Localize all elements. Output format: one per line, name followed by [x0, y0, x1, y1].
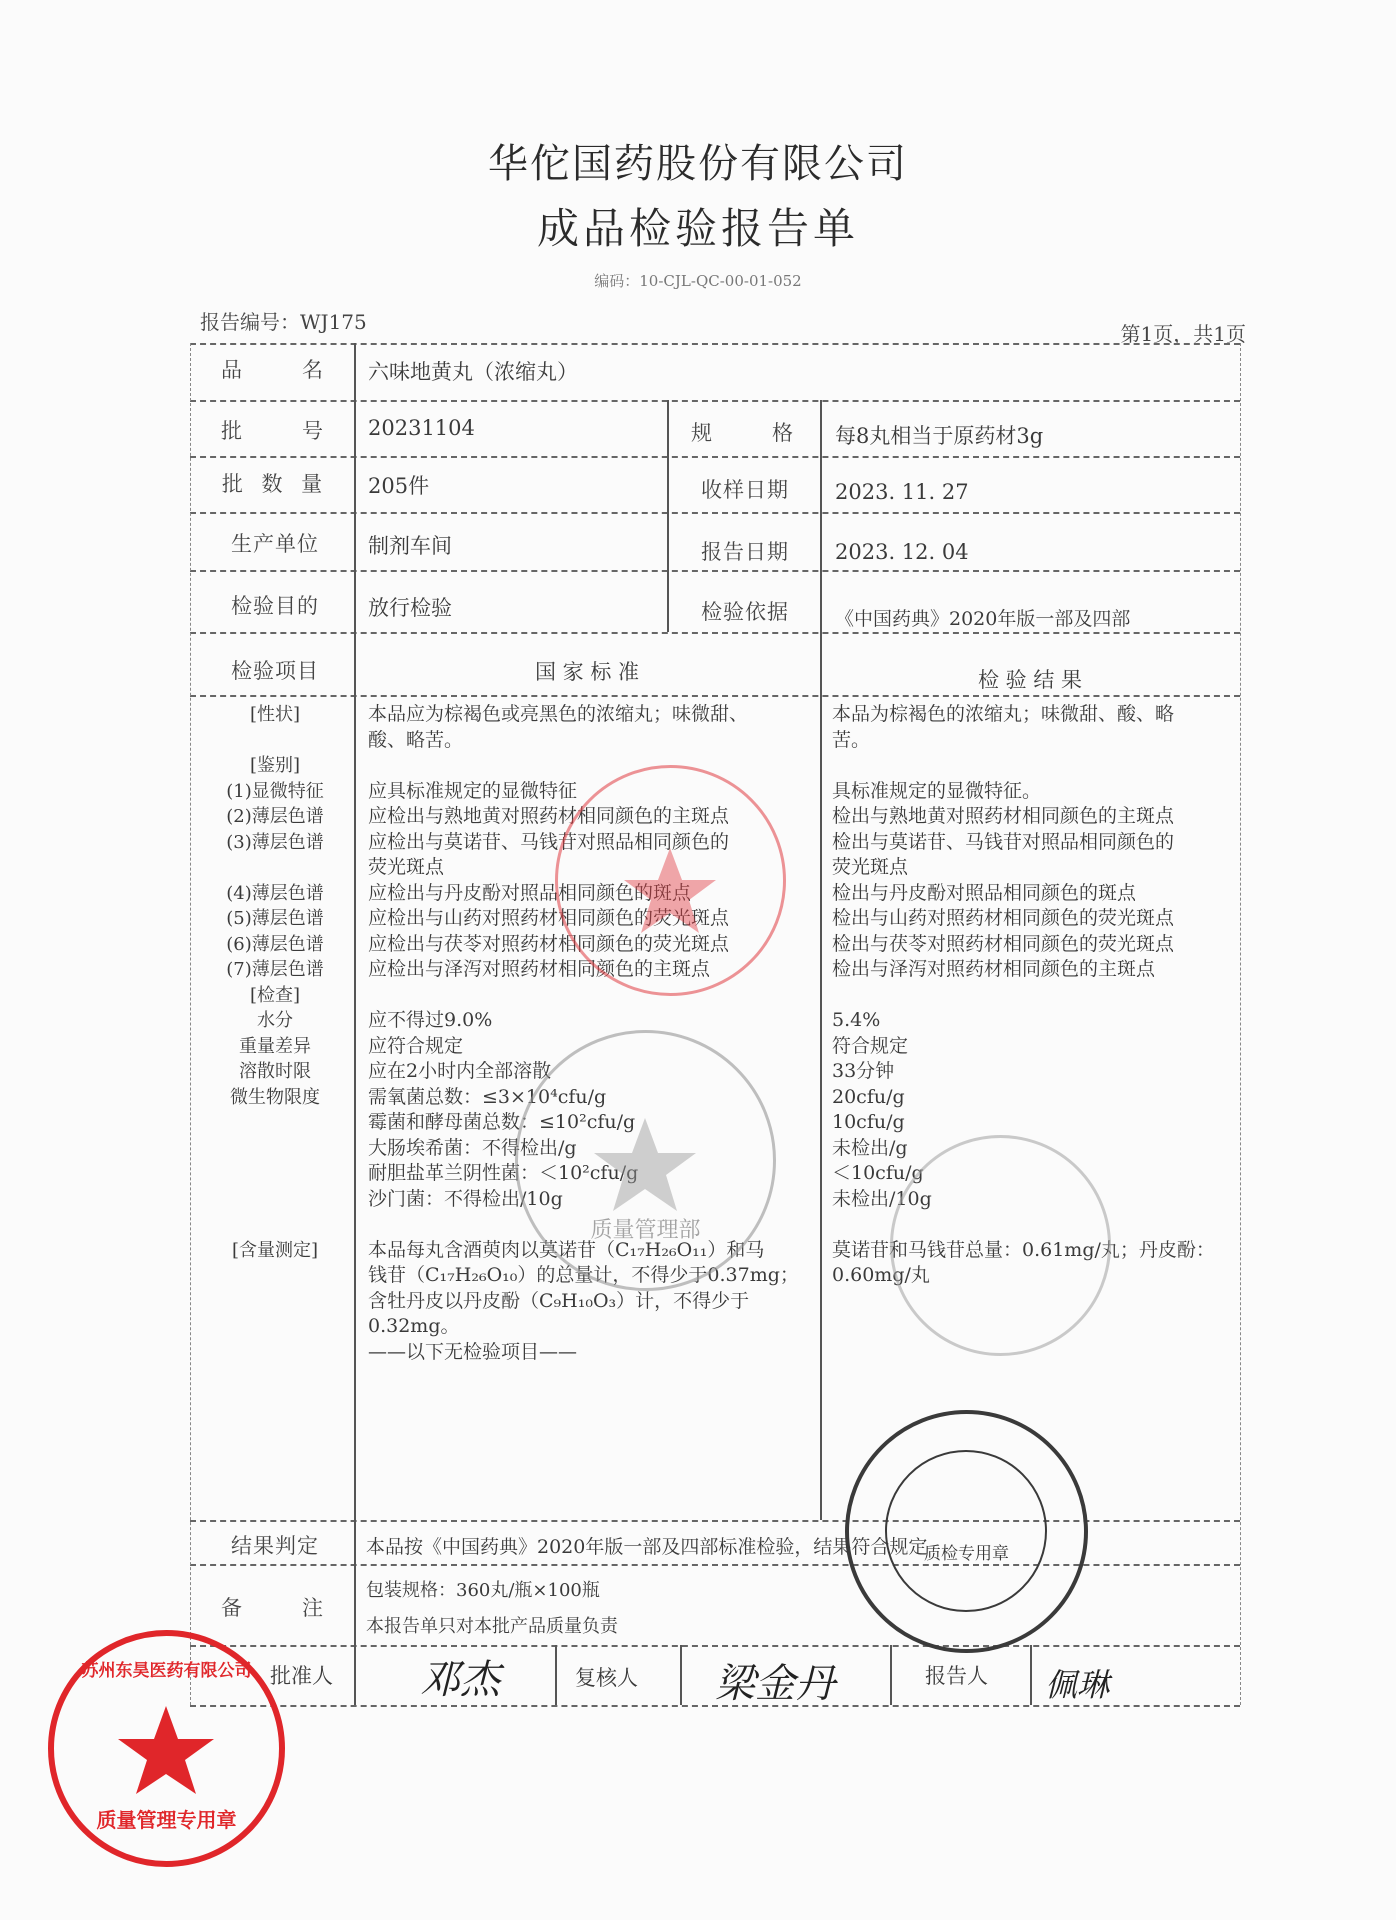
row-divider — [190, 1645, 1240, 1647]
result-line: 检出与山药对照药材相同颜色的荧光斑点 — [832, 906, 1215, 932]
document-code: 编码：10-CJL-QC-00-01-052 — [0, 270, 1396, 291]
header-item: 检验项目 — [210, 655, 340, 685]
col-divider — [820, 400, 822, 1520]
row-divider — [190, 400, 1240, 402]
result-line — [832, 983, 1215, 1009]
test-item: (4)薄层色谱 — [200, 881, 350, 907]
conclusion-label: 结果判定 — [210, 1530, 340, 1560]
col-divider — [1030, 1645, 1032, 1705]
result-line: 33分钟 — [832, 1059, 1215, 1085]
remarks-label: 备 注 — [210, 1592, 340, 1622]
test-item — [200, 1110, 350, 1136]
company-seal-gray-english — [890, 1135, 1111, 1356]
test-item — [200, 1136, 350, 1162]
test-item — [200, 1161, 350, 1187]
result-line: 检出与莫诺苷、马钱苷对照品相同颜色的 — [832, 830, 1215, 856]
report-date-value: 2023. 12. 04 — [835, 540, 969, 564]
col-divider — [680, 1645, 682, 1705]
result-line: 5.4% — [832, 1008, 1215, 1034]
spec-value: 每8丸相当于原药材3g — [835, 420, 1043, 450]
qc-seal-black: 质检专用章 — [845, 1410, 1088, 1653]
test-item: (3)薄层色谱 — [200, 830, 350, 856]
batch-no-value: 20231104 — [368, 416, 475, 440]
approver-signature: 邓杰 — [420, 1648, 500, 1705]
item-list: [性状] [鉴别](1)显微特征(2)薄层色谱(3)薄层色谱 (4)薄层色谱(5… — [200, 702, 350, 1263]
header-standard: 国 家 标 准 — [354, 656, 820, 686]
header-result: 检 验 结 果 — [820, 664, 1240, 694]
standard-line: 0.32mg。 — [368, 1314, 799, 1340]
row-divider — [190, 632, 1240, 634]
spec-label: 规 格 — [680, 417, 810, 447]
reporter-signature: 佩琳 — [1045, 1660, 1109, 1706]
purpose-label: 检验目的 — [210, 590, 340, 620]
result-line — [832, 753, 1215, 779]
test-item: [性状] — [200, 702, 350, 728]
test-item: 微生物限度 — [200, 1085, 350, 1111]
result-line: 苦。 — [832, 728, 1215, 754]
row-divider — [190, 570, 1240, 572]
table-border-left — [190, 343, 191, 1705]
red-seal-top-text: 苏州东昊医药有限公司 — [54, 1656, 279, 1681]
result-line: 检出与熟地黄对照药材相同颜色的主斑点 — [832, 804, 1215, 830]
report-number-value: WJ175 — [300, 310, 367, 334]
col-divider — [890, 1645, 892, 1705]
remarks-line-1: 包装规格：360丸/瓶×100瓶 — [366, 1576, 600, 1602]
test-item — [200, 855, 350, 881]
standard-line: 应不得过9.0% — [368, 1008, 799, 1034]
test-item: (6)薄层色谱 — [200, 932, 350, 958]
test-item: [检查] — [200, 983, 350, 1009]
basis-value: 《中国药典》2020年版一部及四部 — [835, 604, 1130, 631]
remarks-line-2: 本报告单只对本批产品质量负责 — [366, 1612, 618, 1638]
standard-line: 本品应为棕褐色或亮黑色的浓缩丸；味微甜、 — [368, 702, 799, 728]
product-name-value: 六味地黄丸（浓缩丸） — [368, 356, 578, 386]
star-icon — [558, 768, 783, 993]
result-line: 荧光斑点 — [832, 855, 1215, 881]
producer-label: 生产单位 — [210, 528, 340, 558]
batch-qty-value: 205件 — [368, 470, 429, 500]
quality-seal-red: 质量管理专用章 苏州东昊医药有限公司 — [48, 1630, 285, 1867]
table-border-top — [190, 343, 1240, 345]
test-item: 水分 — [200, 1008, 350, 1034]
standard-line: 含牡丹皮以丹皮酚（C₉H₁₀O₃）计，不得少于 — [368, 1289, 799, 1315]
qc-seal-text: 质检专用章 — [849, 1539, 1084, 1564]
test-item: [含量测定] — [200, 1238, 350, 1264]
document-title: 成品检验报告单 — [0, 196, 1396, 256]
result-line: 检出与泽泻对照药材相同颜色的主斑点 — [832, 957, 1215, 983]
row-divider — [190, 695, 1240, 697]
sample-date-label: 收样日期 — [680, 474, 810, 504]
test-item: 溶散时限 — [200, 1059, 350, 1085]
reviewer-signature: 梁金丹 — [715, 1652, 835, 1709]
row-divider — [190, 456, 1240, 458]
result-line: 符合规定 — [832, 1034, 1215, 1060]
result-line: 10cfu/g — [832, 1110, 1215, 1136]
test-item: (7)薄层色谱 — [200, 957, 350, 983]
batch-no-label: 批 号 — [210, 415, 340, 445]
producer-value: 制剂车间 — [368, 530, 452, 560]
reporter-label: 报告人 — [925, 1660, 988, 1690]
result-line: 具标准规定的显微特征。 — [832, 779, 1215, 805]
result-line: 检出与丹皮酚对照品相同颜色的斑点 — [832, 881, 1215, 907]
result-line: 20cfu/g — [832, 1085, 1215, 1111]
col-divider — [555, 1645, 557, 1705]
result-line: 检出与茯苓对照药材相同颜色的荧光斑点 — [832, 932, 1215, 958]
col-divider — [354, 343, 356, 1705]
sample-date-value: 2023. 11. 27 — [835, 480, 969, 504]
table-border-right — [1240, 343, 1241, 1705]
company-seal-gray: 质量管理部 — [515, 1030, 776, 1291]
standard-line: 酸、略苦。 — [368, 728, 799, 754]
test-item: [鉴别] — [200, 753, 350, 779]
standard-line: ——以下无检验项目—— — [368, 1340, 799, 1366]
report-date-label: 报告日期 — [680, 536, 810, 566]
report-number-label: 报告编号： — [200, 310, 300, 334]
product-name-label: 品 名 — [210, 354, 340, 384]
reviewer-label: 复核人 — [575, 1662, 638, 1692]
test-item: (1)显微特征 — [200, 779, 350, 805]
approver-label: 批准人 — [270, 1660, 333, 1690]
col-divider — [667, 400, 669, 632]
report-number: 报告编号：WJ175 — [200, 306, 367, 335]
test-item: (5)薄层色谱 — [200, 906, 350, 932]
test-item — [200, 1187, 350, 1213]
test-item: 重量差异 — [200, 1034, 350, 1060]
test-item — [200, 1212, 350, 1238]
conclusion-value: 本品按《中国药典》2020年版一部及四部标准检验，结果符合规定 — [366, 1532, 927, 1559]
result-line: 本品为棕褐色的浓缩丸；味微甜、酸、略 — [832, 702, 1215, 728]
row-divider — [190, 512, 1240, 514]
test-item: (2)薄层色谱 — [200, 804, 350, 830]
basis-label: 检验依据 — [680, 596, 810, 626]
company-seal-faded-red — [555, 765, 786, 996]
test-item — [200, 728, 350, 754]
qc-seal-inner-ring — [885, 1450, 1047, 1612]
purpose-value: 放行检验 — [368, 592, 452, 622]
red-seal-bottom-text: 质量管理专用章 — [54, 1804, 279, 1833]
gray-seal-text: 质量管理部 — [518, 1213, 773, 1244]
company-name: 华佗国药股份有限公司 — [0, 132, 1396, 189]
batch-qty-label: 批 数 量 — [210, 468, 340, 498]
star-icon — [518, 1033, 773, 1288]
